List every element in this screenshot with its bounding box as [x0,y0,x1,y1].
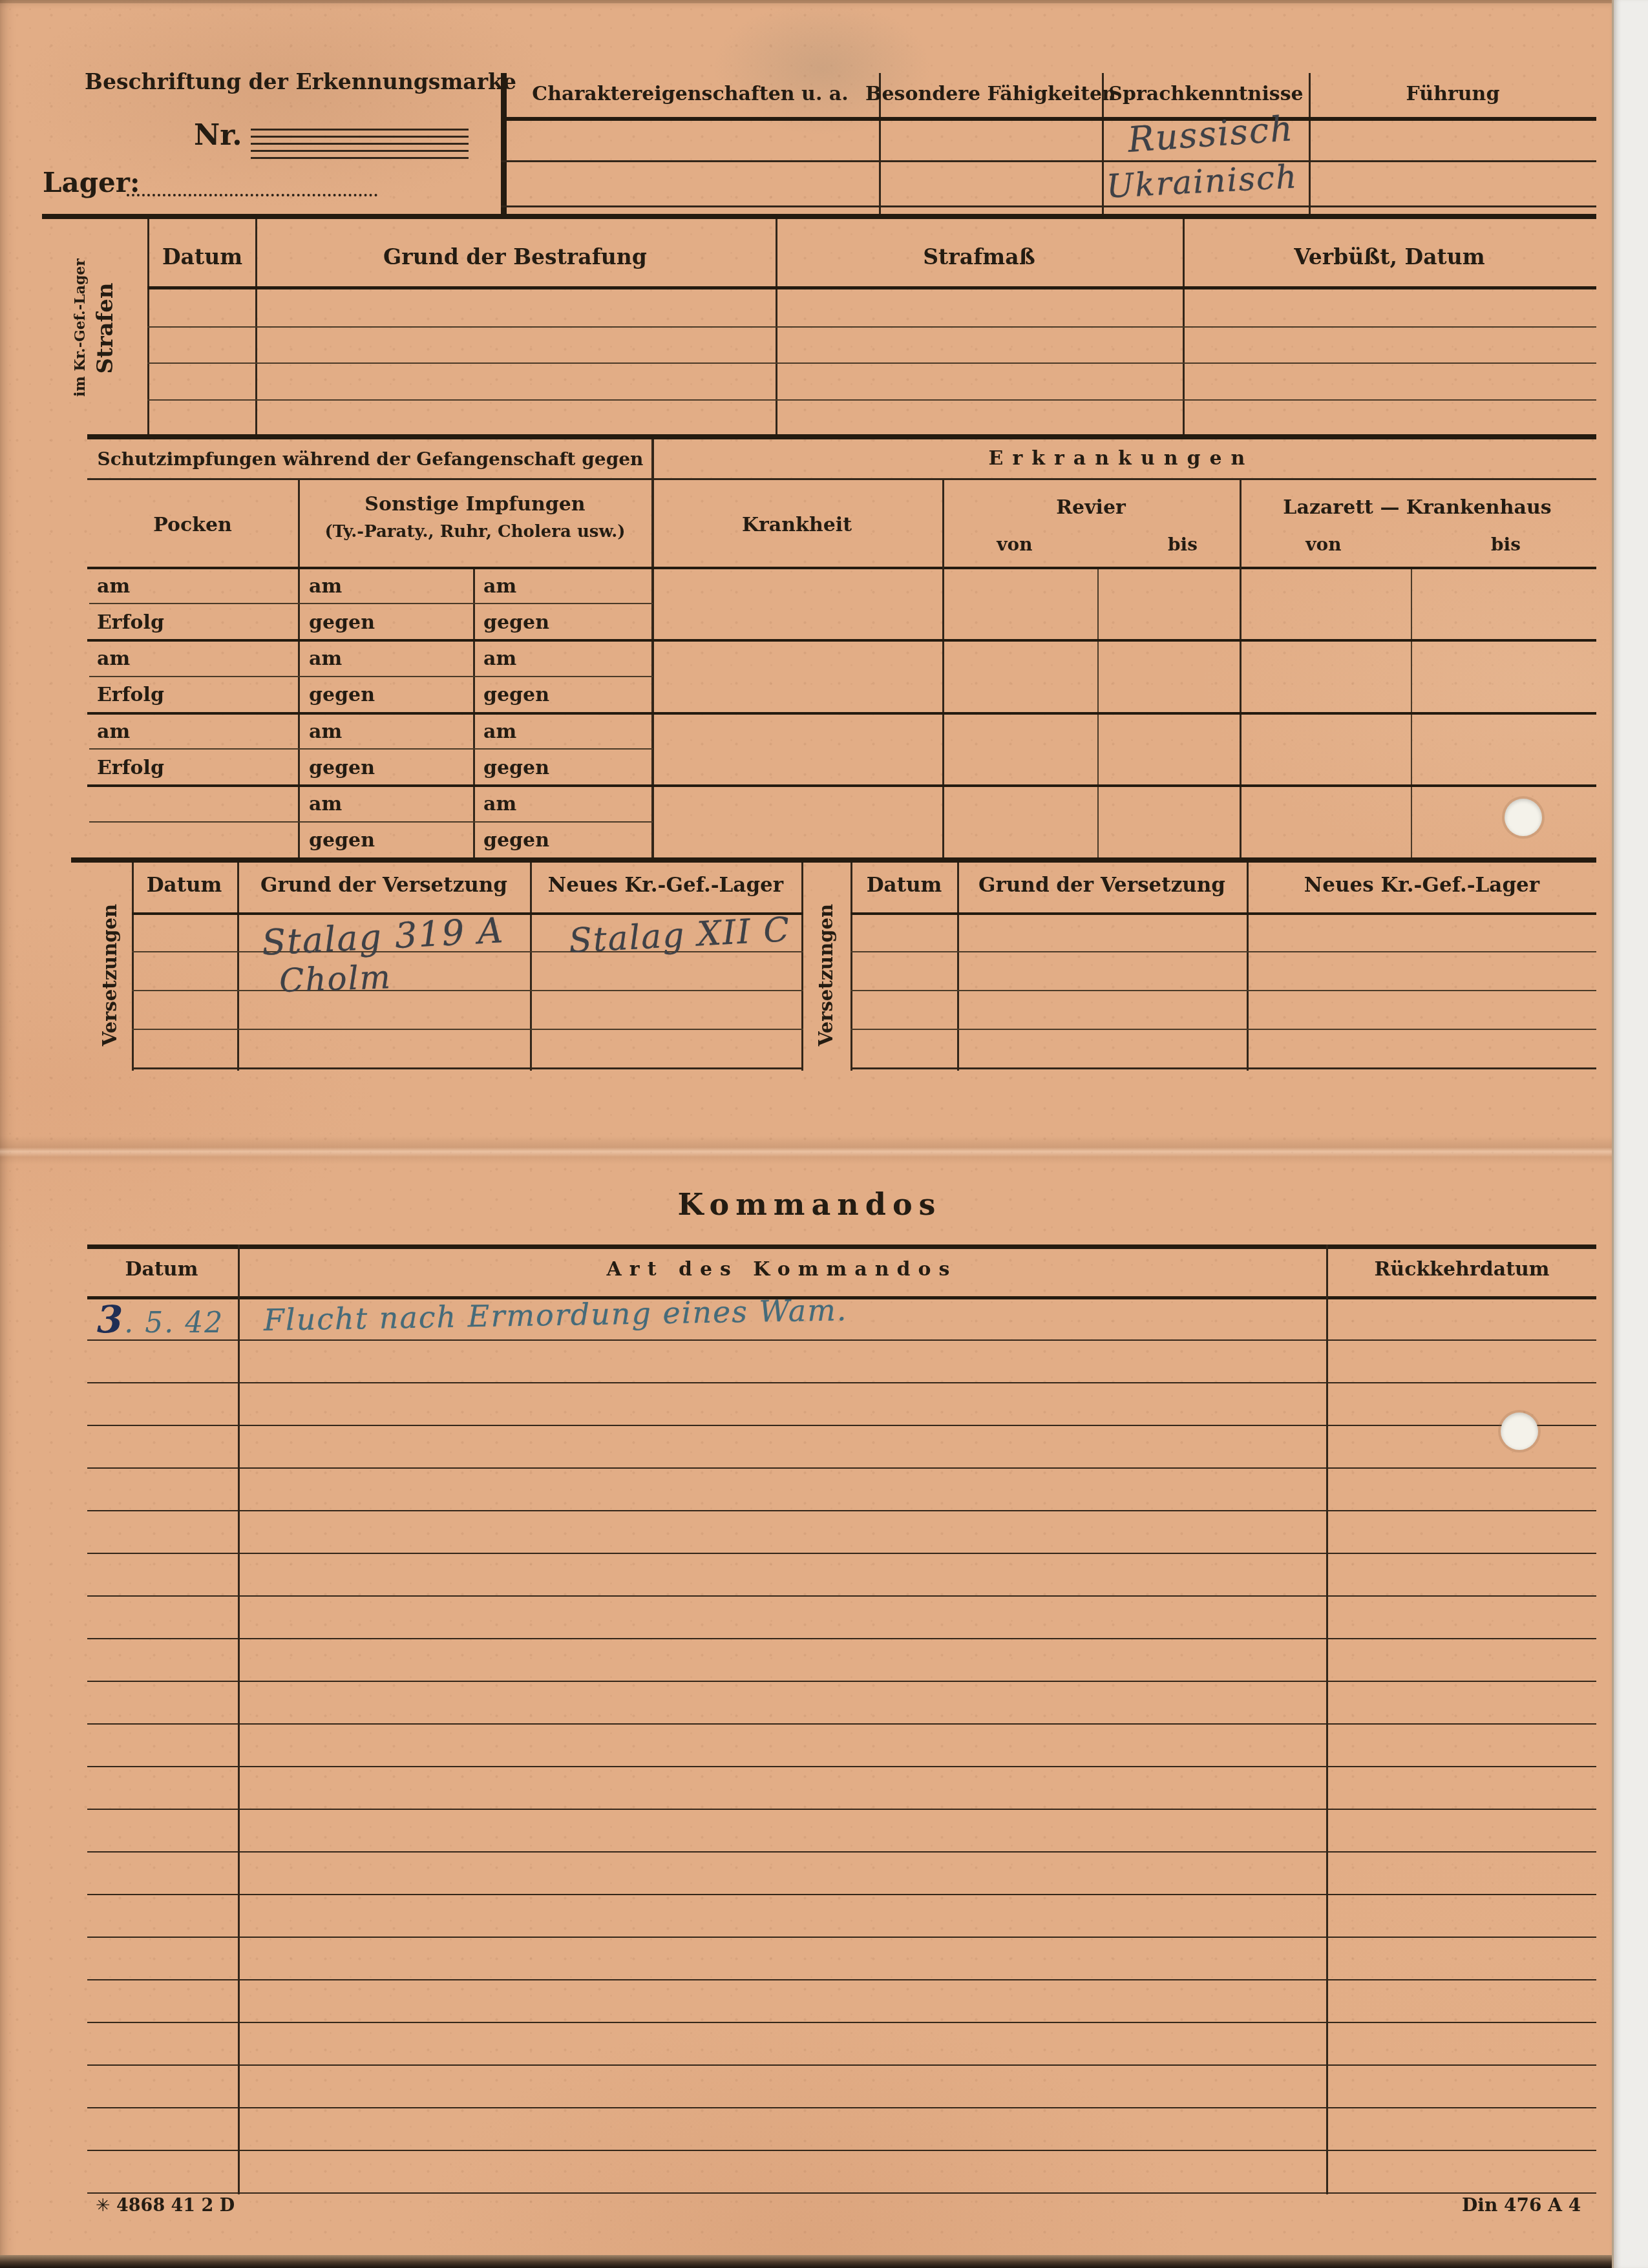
nr-label: Nr. [194,119,242,152]
impf-am-label: am [97,720,130,743]
scan-edge-top [0,0,1612,3]
rule [1240,480,1241,859]
impf-erfolg-label: Erfolg [97,757,164,779]
handwritten-kommando-date: 3. 5. 42 [97,1297,224,1341]
rule [87,712,1596,715]
rule [89,603,653,604]
rule [147,326,1596,328]
form-number: ✳ 4868 41 2 D [96,2196,235,2216]
rule [147,286,1596,289]
rule [850,1029,1596,1030]
versetz-col-datum: Datum [867,874,942,897]
scan-edge-bottom [0,2255,1612,2268]
nr-rule [251,129,469,131]
din-format-label: Din 476 A 4 [1462,2194,1581,2216]
revier-von-label: von [997,534,1032,555]
impf-am-label: am [309,575,342,598]
impf-am-label: am [483,720,516,743]
strafen-col-verbuesst: Verbüßt, Datum [1294,244,1484,269]
strafen-col-strafmass: Strafmaß [923,244,1035,269]
lazarett-bis-label: bis [1491,534,1521,555]
kommandos-title: Kommandos [678,1187,942,1222]
strafen-col-grund: Grund der Bestrafung [383,244,647,269]
rule [850,990,1596,991]
impf-erfolg-label: Erfolg [97,611,164,634]
scanned-pow-record-card: Beschriftung der Erkennungsmarke Nr. Lag… [0,0,1648,2268]
rule [501,205,1596,207]
impf-col-sonstige-sub: (Ty.-Paraty., Ruhr, Cholera usw.) [324,522,625,541]
rule [147,219,149,437]
nr-rule [251,150,469,152]
impf-erfolg-label: Erfolg [97,684,164,706]
revier-bis-label: bis [1168,534,1198,555]
handwritten-transfer-from: Stalag 319 A [261,910,505,963]
rule [942,480,944,859]
rule [238,1244,240,2194]
rule [255,219,257,437]
col-header-fuehrung: Führung [1406,83,1500,105]
impf-gegen-label: gegen [483,757,549,779]
impf-am-label: am [483,793,516,815]
impf-am-label: am [309,793,342,815]
rule [1247,863,1249,1071]
impf-am-label: am [483,647,516,670]
rule [87,784,1596,787]
rule [1183,219,1185,437]
versetz-col-neues-lager: Neues Kr.-Gef.-Lager [548,874,783,897]
form-symbol-icon: ✳ [96,2196,111,2216]
rule [501,73,507,216]
kommandos-col-art: Art des Kommandos [607,1258,958,1281]
rule [132,1029,803,1030]
handwritten-transfer-place: Cholm [279,958,392,1000]
strafen-col-datum: Datum [162,244,242,269]
rule [501,160,1596,162]
rule [237,863,239,1071]
punch-hole [1501,1412,1538,1450]
erkennungsmarke-title: Beschriftung der Erkennungsmarke [85,69,516,94]
lager-label: Lager: [43,167,140,198]
paper-sheet: Beschriftung der Erkennungsmarke Nr. Lag… [0,0,1612,2268]
rule [1309,73,1311,216]
kommandos-col-rueckkehr: Rückkehrdatum [1374,1258,1549,1281]
rule [87,1244,1596,1249]
rule [850,863,852,1071]
impf-gegen-label: gegen [309,829,375,852]
handwritten-language-ukrainian: Ukrainisch [1106,158,1299,205]
handwritten-date-rest: . 5. 42 [124,1307,224,1339]
rule [298,480,300,859]
erkrankungen-section-title: Erkrankungen [989,447,1254,470]
rule [42,214,1596,219]
rule [87,478,1596,480]
rule [776,219,777,437]
strafen-side-label-sub: im Kr.-Gef.-Lager [72,231,89,425]
rule [1326,1244,1328,2194]
rule [850,951,1596,952]
kommandos-ruled-rows [87,1299,1596,2196]
versetz-col-grund: Grund der Versetzung [260,874,507,897]
rule [132,863,134,1071]
nr-rule [251,136,469,138]
rule [71,857,1596,863]
rule [850,1067,1596,1069]
erkrank-col-revier: Revier [1056,496,1126,519]
fold-crease [0,1136,1612,1164]
rule [87,639,1596,642]
col-header-faehigkeiten: Besondere Fähigkeiten [865,83,1116,105]
rule [957,863,959,1071]
impf-gegen-label: gegen [309,611,375,634]
rule [89,748,653,750]
versetz-col-grund: Grund der Versetzung [978,874,1225,897]
impf-section-title: Schutzimpfungen während der Gefangenscha… [98,448,644,470]
impf-gegen-label: gegen [309,757,375,779]
rule [850,912,1596,915]
impf-am-label: am [309,647,342,670]
versetz-col-datum: Datum [147,874,222,897]
rule [147,362,1596,364]
col-header-charakter: Charaktereigenschaften u. a. [532,83,848,105]
versetzungen-side-label-left: Versetzungen [99,878,121,1072]
punch-hole [1505,799,1542,836]
impf-col-pocken: Pocken [153,514,232,536]
rule [147,399,1596,401]
col-header-sprachen: Sprachkenntnisse [1108,83,1303,105]
lazarett-von-label: von [1305,534,1341,555]
scan-background-strip [1612,0,1648,2268]
rule [87,434,1596,439]
lager-dotted-rule [127,172,377,196]
strafen-side-label: Strafen [92,231,118,425]
rule [87,567,1596,569]
impf-am-label: am [483,575,516,598]
nr-rule [251,157,469,159]
rule [501,117,1596,121]
impf-gegen-label: gegen [483,684,549,706]
handwritten-transfer-to: Stalag XII C [568,910,792,961]
rule [132,1067,803,1069]
kommandos-col-datum: Datum [125,1258,198,1281]
rule [651,439,654,859]
impf-gegen-label: gegen [309,684,375,706]
versetzungen-side-label-right: Versetzungen [815,878,837,1072]
erkrank-col-lazarett: Lazarett — Krankenhaus [1283,496,1551,519]
impf-am-label: am [97,647,130,670]
impf-gegen-label: gegen [483,829,549,852]
rule [89,821,653,823]
rule [801,863,803,1071]
handwritten-language-russian: Russisch [1126,108,1295,160]
erkrank-col-krankheit: Krankheit [742,514,852,536]
impf-gegen-label: gegen [483,611,549,634]
rule [89,676,653,677]
versetz-col-neues-lager: Neues Kr.-Gef.-Lager [1304,874,1539,897]
impf-col-sonstige: Sonstige Impfungen [364,493,585,516]
impf-am-label: am [309,720,342,743]
rule [530,863,532,1071]
nr-rule [251,143,469,145]
rule [132,990,803,991]
handwritten-date-day: 3 [97,1297,124,1341]
impf-am-label: am [97,575,130,598]
